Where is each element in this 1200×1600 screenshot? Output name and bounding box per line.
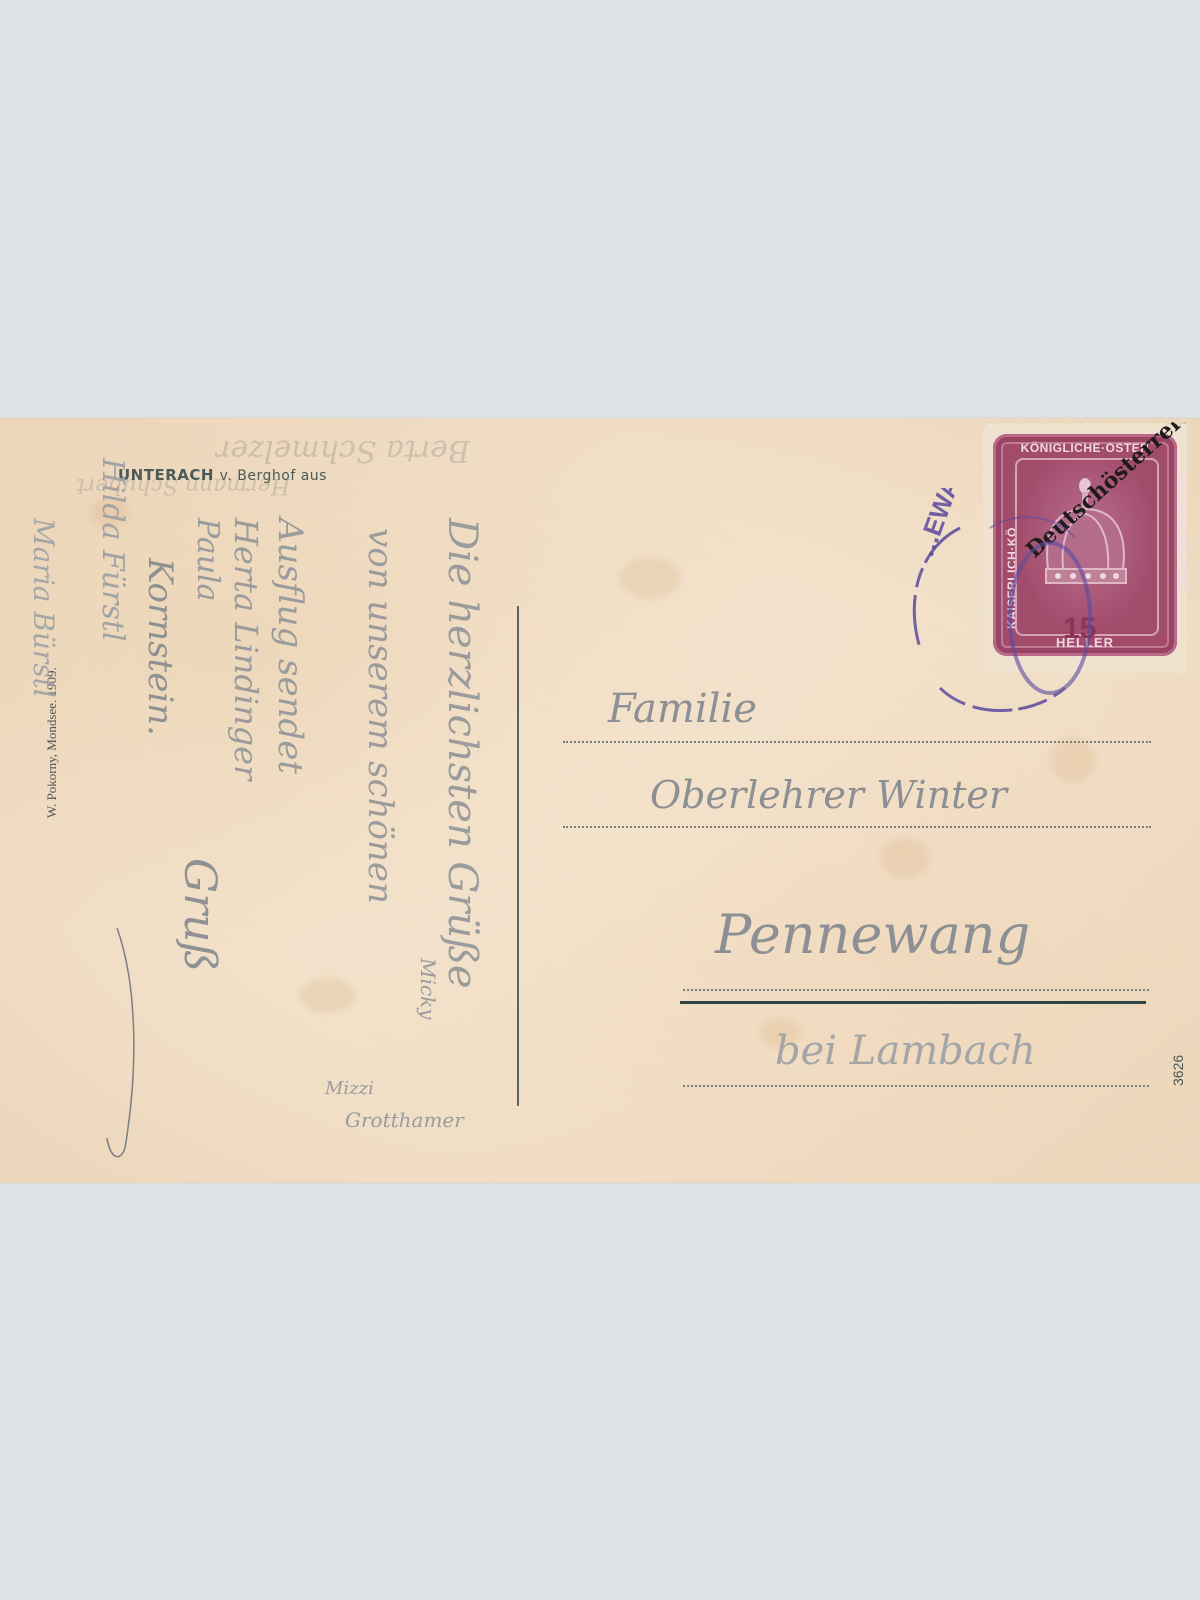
divider-line [517, 606, 519, 1106]
message-line: Ausflug sendet [270, 518, 310, 774]
stain [300, 978, 355, 1013]
address-line-2: Oberlehrer Winter [650, 773, 1007, 817]
signature-flourish [95, 918, 145, 1168]
message-line: Mizzi [325, 1078, 374, 1099]
stain [1050, 738, 1095, 783]
title-subtitle: v. Berghof aus [220, 468, 327, 484]
address-dotted-line [563, 826, 1151, 828]
postcard-title: UNTERACH v. Berghof aus [118, 466, 327, 484]
message-line: Kornstein. [140, 558, 180, 736]
address-line-4: bei Lambach [775, 1028, 1036, 1074]
postmark-text: ...EWA... [909, 488, 972, 560]
message-line: Paula [190, 518, 225, 602]
message-line: von unserem schönen [360, 528, 400, 904]
stamp-right-text: REICHISCHE·POST [1175, 474, 1189, 592]
message-line: Hilda Fürstl [95, 458, 130, 642]
address-dotted-line [683, 1085, 1149, 1087]
message-line: Die herzlichsten Grüße [439, 518, 485, 989]
bleed-through-text: Berta Schmelzer [216, 433, 470, 468]
address-line-1: Familie [608, 686, 757, 732]
stain [880, 838, 930, 878]
message-line: Micky [416, 958, 440, 1020]
serial-number: 3626 [1170, 1055, 1186, 1086]
stain [620, 558, 680, 598]
message-line: Gruß [174, 858, 225, 972]
message-line: Grotthamer [345, 1108, 464, 1132]
postmark-cancellation: ...EWA... [900, 488, 1100, 718]
address-dotted-line [563, 741, 1151, 743]
title-place: UNTERACH [118, 466, 214, 484]
address-dotted-line [683, 989, 1149, 991]
address-solid-line [680, 1001, 1146, 1004]
address-line-3: Pennewang [715, 903, 1030, 966]
message-line: Herta Lindinger [227, 518, 265, 780]
postcard: Berta Schmelzer Hermann Schubert UNTERAC… [0, 418, 1200, 1183]
message-line: Maria Bürstl [27, 518, 60, 698]
